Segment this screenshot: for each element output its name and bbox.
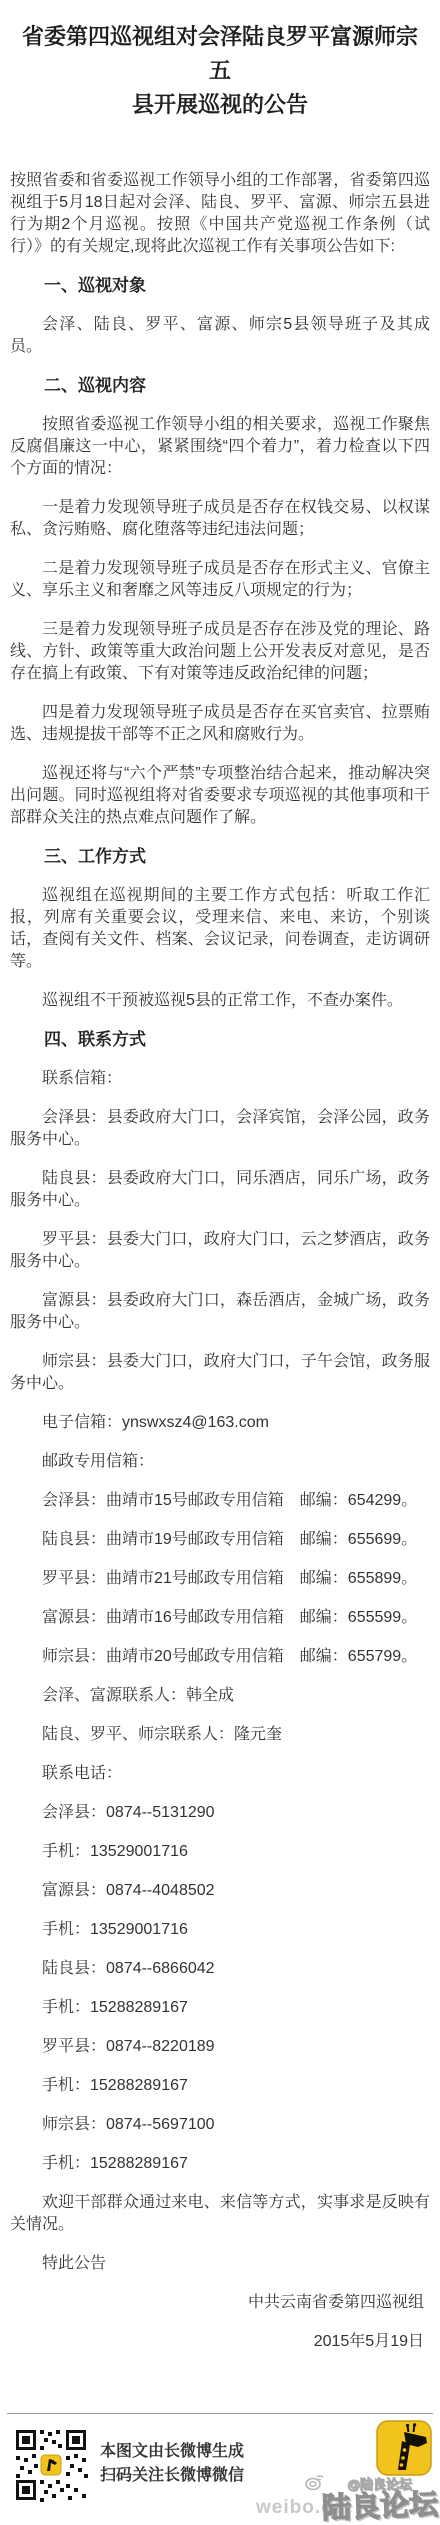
section1-heading: 一、巡视对象 [10,275,430,297]
mailbox-label: 联系信箱： [10,1068,430,1090]
section2-heading: 二、巡视内容 [10,375,430,397]
announcement-page: 省委第四巡视组对会泽陆良罗平富源师宗五 县开展巡视的公告 按照省委和省委巡视工作… [0,0,440,2525]
phone-label: 联系电话： [10,1763,430,1785]
closing-paragraph: 欢迎干部群众通过来电、来信等方式，实事求是反映有关情况。 [10,2192,430,2236]
phone-mobile-2: 手机：13529001716 [10,1919,430,1941]
section3-body2: 巡视组不干预被巡视5县的正常工作，不查办案件。 [10,990,430,1012]
document-title-line1: 省委第四巡视组对会泽陆良罗平富源师宗五 [14,20,426,88]
postal-luliang: 陆良县：曲靖市19号邮政专用信箱 邮编：655699。 [10,1529,430,1551]
phone-mobile-4: 手机：15288289167 [10,2075,430,2097]
section3-body1: 巡视组在巡视期间的主要工作方式包括：听取工作汇报，列席有关重要会议，受理来信、来… [10,885,430,973]
contact-person-2: 陆良、罗平、师宗联系人：隆元奎 [10,1724,430,1746]
contact-person-1: 会泽、富源联系人：韩全成 [10,1685,430,1707]
section2-item-3: 三是着力发现领导班子成员是否存在涉及党的理论、路线、方针、政策等重大政治问题上公… [10,619,430,685]
phone-fuyuan: 富源县：0874--4048502 [10,1880,430,1902]
mailbox-luliang: 陆良县：县委政府大门口，同乐酒店，同乐广场，政务服务中心。 [10,1168,430,1212]
email-line: 电子信箱：ynswxsz4@163.com [10,1412,430,1434]
formal-close: 特此公告 [10,2253,430,2275]
section1-body: 会泽、陆良、罗平、富源、师宗5县领导班子及其成员。 [10,314,430,358]
footer-notice-line1: 本图文由长微博生成 [100,2440,244,2464]
weibo-footer: 本图文由长微博生成 扫码关注长微博微信 weibo.co [0,2413,440,2525]
weibo-watermark: weibo.co @陆良论坛 陆良论坛 [240,2463,440,2525]
document-body: 省委第四巡视组对会泽陆良罗平富源师宗五 县开展巡视的公告 按照省委和省委巡视工作… [0,20,440,2353]
postal-luoping: 罗平县：曲靖市21号邮政专用信箱 邮编：655899。 [10,1568,430,1590]
section2-item-4: 四是着力发现领导班子成员是否存在买官卖官、拉票贿选、违规提拔干部等不正之风和腐败… [10,702,430,746]
mailbox-huize: 会泽县：县委政府大门口，会泽宾馆，会泽公园，政务服务中心。 [10,1107,430,1151]
qr-code-icon [14,2428,88,2502]
phone-luliang: 陆良县：0874--6866042 [10,1958,430,1980]
section3-heading: 三、工作方式 [10,846,430,868]
mailbox-shizong: 师宗县：县委大门口，政府大门口，子午会馆，政务服务中心。 [10,1351,430,1395]
phone-mobile-5: 手机：15288289167 [10,2153,430,2175]
postal-huize: 会泽县：曲靖市15号邮政专用信箱 邮编：654299。 [10,1490,430,1512]
postal-shizong: 师宗县：曲靖市20号邮政专用信箱 邮编：655799。 [10,1646,430,1668]
section2-lead: 按照省委巡视工作领导小组的相关要求，巡视工作聚焦反腐倡廉这一中心，紧紧围绕“四个… [10,414,430,480]
section4-heading: 四、联系方式 [10,1029,430,1051]
mailbox-fuyuan: 富源县：县委政府大门口，森岳酒店，金城广场，政务服务中心。 [10,1290,430,1334]
phone-huize: 会泽县：0874--5131290 [10,1802,430,1824]
date: 2015年5月19日 [10,2331,430,2353]
phone-shizong: 师宗县：0874--5697100 [10,2114,430,2136]
document-title: 省委第四巡视组对会泽陆良罗平富源师宗五 县开展巡视的公告 [14,20,426,122]
signature: 中共云南省委第四巡视组 [10,2292,430,2314]
watermark-forum-name: 陆良论坛 [321,2482,438,2525]
mailbox-luoping: 罗平县：县委大门口，政府大门口，云之梦酒店，政务服务中心。 [10,1229,430,1273]
document-title-line2: 县开展巡视的公告 [14,88,426,122]
phone-mobile-1: 手机：13529001716 [10,1841,430,1863]
phone-luoping: 罗平县：0874--8220189 [10,2036,430,2058]
section2-extra: 巡视还将与“六个严禁”专项整治结合起来，推动解决突出问题。同时巡视组将对省委要求… [10,763,430,829]
intro-paragraph: 按照省委和省委巡视工作领导小组的工作部署，省委第四巡视组于5月18日起对会泽、陆… [10,170,430,258]
footer-notice: 本图文由长微博生成 扫码关注长微博微信 [100,2440,244,2488]
postal-label: 邮政专用信箱： [10,1451,430,1473]
postal-fuyuan: 富源县：曲靖市16号邮政专用信箱 邮编：655599。 [10,1607,430,1629]
phone-mobile-3: 手机：15288289167 [10,1997,430,2019]
footer-notice-line2: 扫码关注长微博微信 [100,2464,244,2488]
section2-item-2: 二是着力发现领导班子成员是否存在形式主义、官僚主义、享乐主义和奢靡之风等违反八项… [10,558,430,602]
section2-item-1: 一是着力发现领导班子成员是否存在权钱交易、以权谋私、贪污贿赂、腐化堕落等违纪违法… [10,497,430,541]
